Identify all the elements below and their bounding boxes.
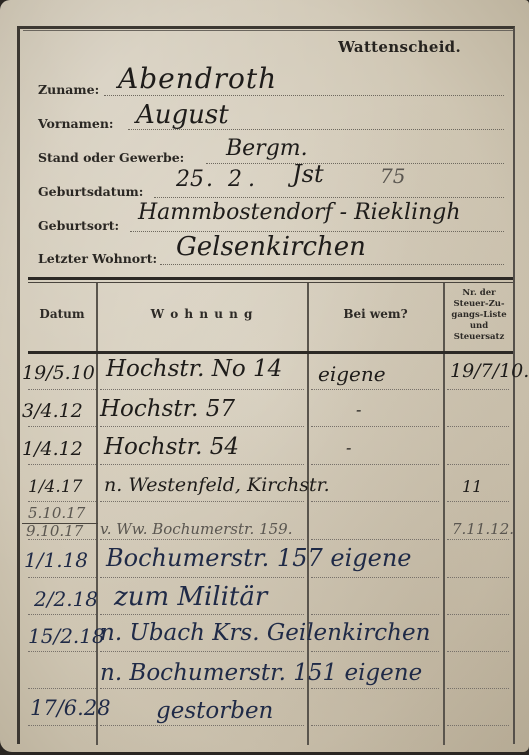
header-line: Nr. der [444, 288, 514, 299]
row-divider [28, 389, 96, 390]
row-divider [447, 688, 509, 689]
row-divider [100, 651, 304, 652]
field-label: Geburtsort: [38, 218, 119, 233]
row-divider [447, 577, 509, 578]
row-divider [100, 577, 304, 578]
table-cell-datum: 9.10.17 [26, 522, 83, 540]
table-cell-wohnung: v. Ww. Bochumerstr. 159. [100, 520, 292, 538]
row-divider [447, 426, 509, 427]
table-cell-wohnung: zum Militär [114, 582, 267, 612]
table-top-rule-thin [28, 282, 513, 283]
row-divider [447, 725, 509, 726]
field-label: Letzter Wohnort: [38, 251, 157, 266]
table-cell-datum: 17/6.28 [30, 696, 111, 720]
row-divider [447, 464, 509, 465]
dotted-line [206, 163, 504, 164]
row-divider [28, 614, 96, 615]
field-label: Geburtsdatum: [38, 184, 143, 199]
column-header-nr: Nr. der Steuer-Zu- gangs-Liste und Steue… [444, 288, 514, 343]
dotted-line [104, 95, 504, 96]
row-divider [311, 389, 439, 390]
birthdate-year: 75 [380, 164, 405, 188]
row-divider [311, 426, 439, 427]
row-divider [447, 614, 509, 615]
birthdate-month: 2 [228, 167, 242, 192]
row-divider [100, 725, 304, 726]
row-divider [311, 688, 439, 689]
table-cell-datum: 5.10.17 [28, 504, 85, 522]
table-cell-wohnung: Hochstr. 54 [104, 434, 239, 460]
row-divider [28, 577, 96, 578]
row-divider [311, 651, 439, 652]
table-cell-datum: 2/2.18 [34, 587, 98, 611]
table-cell-wohnung: Bochumerstr. 157 eigene [106, 544, 411, 572]
table-top-rule [28, 277, 513, 280]
row-divider [28, 426, 96, 427]
table-header-rule [28, 351, 513, 354]
table-cell-wohnung: n. Ubach Krs. Geilenkirchen [100, 620, 430, 646]
table-cell-nr: 7.11.12. [452, 520, 514, 538]
birthdate-century: Jst [292, 160, 324, 188]
dotted-line [160, 264, 504, 265]
row-divider [447, 389, 509, 390]
registration-card: Wattenscheid. Zuname: Abendroth Vornamen… [0, 0, 529, 752]
table-cell-datum: 15/2.18 [28, 624, 105, 648]
row-divider [28, 501, 96, 502]
table-cell-nr: 19/7/10. [450, 360, 529, 382]
field-label: Stand oder Gewerbe: [38, 150, 184, 165]
field-label: Vornamen: [38, 116, 114, 131]
firstname-value: August [136, 100, 229, 130]
dotted-line [154, 197, 504, 198]
row-divider [28, 688, 96, 689]
row-divider [447, 651, 509, 652]
table-cell-bei-wem: - [356, 400, 361, 419]
field-firstnames: Vornamen: [38, 108, 504, 134]
table-cell-datum: 1/4.17 [28, 477, 82, 497]
header-line: und [444, 321, 514, 332]
table-cell-wohnung: Hochstr. No 14 [106, 356, 282, 382]
row-divider [28, 651, 96, 652]
table-cell-wohnung: n. Westenfeld, Kirchstr. [104, 474, 330, 496]
column-header-bei-wem: Bei wem? [308, 307, 443, 321]
table-cell-nr: 11 [462, 477, 482, 496]
row-divider [447, 539, 509, 540]
table-cell-bei-wem: eigene [318, 362, 386, 386]
birthdate-sep: . [248, 167, 255, 192]
frame-top-rule [23, 30, 513, 31]
row-divider [311, 614, 439, 615]
row-divider [100, 426, 304, 427]
column-header-datum: Datum [28, 307, 96, 321]
row-divider [100, 614, 304, 615]
row-divider [447, 501, 509, 502]
table-cell-datum: 1/4.12 [22, 438, 83, 460]
birthdate-day: 25 [176, 167, 204, 192]
place-name: Wattenscheid. [338, 38, 461, 56]
field-label: Zuname: [38, 82, 99, 97]
row-divider [100, 501, 304, 502]
row-divider [311, 577, 439, 578]
row-divider [311, 464, 439, 465]
row-divider [100, 688, 304, 689]
row-divider [100, 464, 304, 465]
header-line: Steuersatz [444, 332, 514, 343]
field-birthdate: Geburtsdatum: [38, 176, 504, 202]
row-divider [311, 725, 439, 726]
row-divider [311, 539, 439, 540]
column-header-wohnung: W o h n u n g [97, 307, 307, 321]
row-divider [311, 501, 439, 502]
header-line: gangs-Liste [444, 310, 514, 321]
last-residence-value: Gelsenkirchen [176, 232, 366, 262]
table-cell-wohnung: Hochstr. 57 [100, 396, 235, 422]
table-cell-bei-wem: - [346, 438, 351, 457]
table-cell-wohnung: n. Bochumerstr. 151 eigene [100, 660, 422, 686]
table-cell-wohnung: gestorben [156, 698, 273, 724]
row-divider [28, 464, 96, 465]
row-divider [100, 539, 304, 540]
table-cell-datum: 1/1.18 [24, 548, 88, 572]
occupation-value: Bergm. [226, 136, 308, 161]
row-divider [100, 389, 304, 390]
birthdate-sep: . [206, 167, 213, 192]
birthplace-value: Hammbostendorf - Rieklingh [138, 200, 461, 225]
table-cell-datum: 3/4.12 [22, 400, 83, 422]
row-divider [28, 725, 96, 726]
table-cell-datum: 19/5.10 [22, 362, 95, 384]
header-line: Steuer-Zu- [444, 299, 514, 310]
surname-value: Abendroth [118, 62, 277, 95]
